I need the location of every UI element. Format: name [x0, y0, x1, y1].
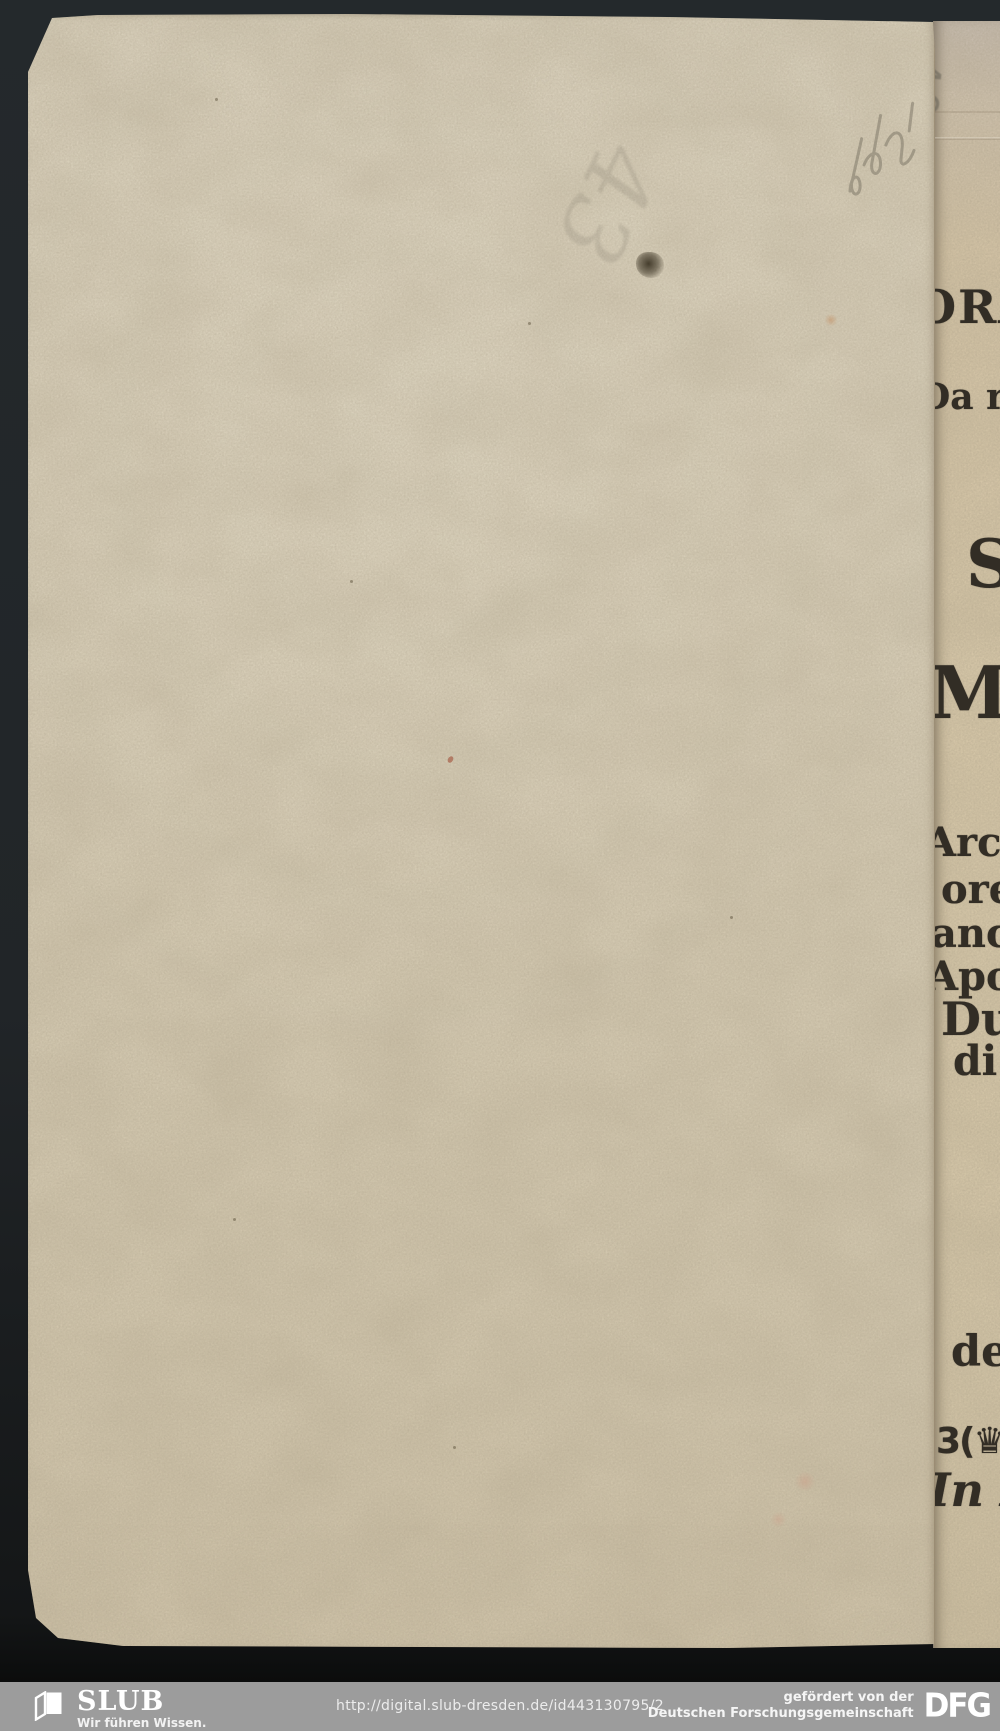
pencil-scribble: [820, 87, 944, 205]
dfg-credit-line1: gefördert von der: [648, 1690, 914, 1706]
page-fold-edge: [934, 14, 935, 1648]
scan-background: 40 ORA Da ra S M Arciv ore anco Apoſ Du …: [0, 0, 1000, 1682]
speck: [453, 1446, 456, 1449]
stain: [770, 1512, 787, 1527]
printer-ornament-fragment: 3(♛: [936, 1424, 1000, 1460]
paper-crease: [934, 137, 1000, 140]
title-fragment-da: Da ra: [933, 379, 1000, 415]
fiber-speck: [447, 755, 455, 764]
speck: [233, 1218, 236, 1221]
dfg-credit-block: gefördert von der Deutschen Forschungsge…: [648, 1688, 990, 1724]
title-fragment-ore: ore: [941, 870, 1000, 910]
title-fragment-du: Du: [941, 996, 1000, 1042]
title-fragment-arciv: Arciv: [933, 823, 1000, 863]
title-fragment-m: M: [933, 657, 1000, 729]
pencil-number: 40: [933, 57, 949, 124]
dfg-credit-line2: Deutschen Forschungsgemeinschaft: [648, 1706, 914, 1722]
dfg-logo: DFG: [924, 1687, 990, 1725]
next-page-edge: 40 ORA Da ra S M Arciv ore anco Apoſ Du …: [933, 21, 1000, 1648]
title-fragment-ora: ORA: [933, 284, 1000, 330]
title-fragment-di: di: [953, 1041, 997, 1082]
dfg-credit-text: gefördert von der Deutschen Forschungsge…: [648, 1690, 914, 1722]
speck: [215, 98, 218, 101]
title-fragment-del: del: [951, 1331, 1000, 1374]
blank-verso-page: 43: [28, 14, 935, 1648]
speck: [528, 322, 531, 325]
stain: [824, 314, 838, 326]
library-footer-bar: SLUB Wir führen Wissen. http://digital.s…: [0, 1682, 1000, 1731]
speck: [730, 916, 733, 919]
speck: [350, 580, 353, 583]
title-fragment-apos: Apoſ: [933, 957, 1000, 997]
stain: [794, 1472, 816, 1491]
paper-texture: [28, 14, 935, 1648]
ink-blot: [636, 252, 664, 278]
imprint-fragment: In M: [933, 1467, 1000, 1513]
scanned-document-view: 40 ORA Da ra S M Arciv ore anco Apoſ Du …: [0, 0, 1000, 1731]
slub-tagline: Wir führen Wissen.: [77, 1716, 206, 1730]
title-fragment-s: S: [966, 531, 1000, 597]
title-fragment-anco: anco: [933, 914, 1000, 954]
